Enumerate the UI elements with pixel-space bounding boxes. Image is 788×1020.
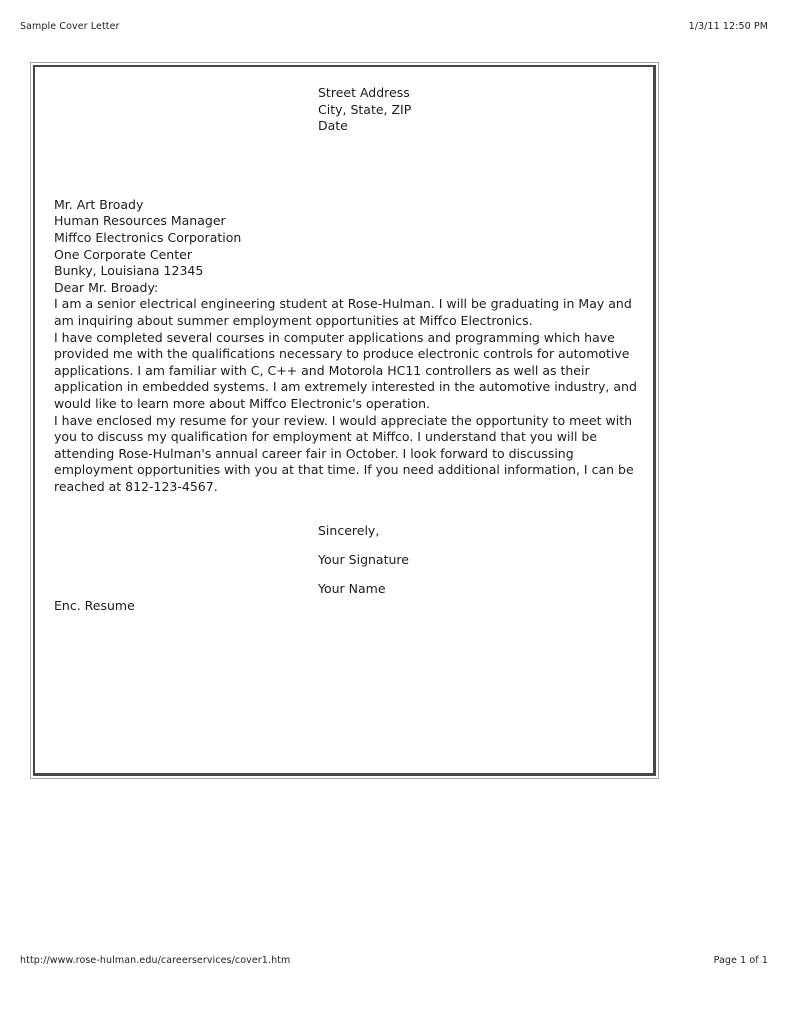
salutation: Dear Mr. Broady: [54,280,639,297]
print-header-title: Sample Cover Letter [20,21,120,32]
recipient-line: Mr. Art Broady [54,197,639,214]
print-footer-url: http://www.rose-hulman.edu/careerservice… [20,955,290,966]
body-paragraph: I have completed several courses in comp… [54,330,639,413]
recipient-block: Mr. Art Broady Human Resources Manager M… [54,197,639,280]
body-paragraph: I have enclosed my resume for your revie… [54,413,639,496]
letter-frame-inner: Street Address City, State, ZIP Date Mr.… [33,65,656,776]
sender-line: City, State, ZIP [318,102,639,119]
closing-block: Sincerely, Your Signature Your Name [318,523,639,598]
sender-block: Street Address City, State, ZIP Date [318,85,639,135]
enclosure-note: Enc. Resume [54,598,639,615]
print-footer-page-info: Page 1 of 1 [714,955,768,966]
print-header-datetime: 1/3/11 12:50 PM [689,21,768,32]
closing-line: Your Name [318,581,639,598]
letter-content: Street Address City, State, ZIP Date Mr.… [35,67,653,773]
sender-line: Date [318,118,639,135]
sender-line: Street Address [318,85,639,102]
closing-line: Your Signature [318,552,639,569]
recipient-line: Bunky, Louisiana 12345 [54,263,639,280]
printed-page: Sample Cover Letter 1/3/11 12:50 PM Stre… [0,0,788,1020]
letter-frame: Street Address City, State, ZIP Date Mr.… [30,62,659,779]
recipient-line: One Corporate Center [54,247,639,264]
recipient-line: Human Resources Manager [54,213,639,230]
print-footer: http://www.rose-hulman.edu/careerservice… [20,955,768,966]
print-header: Sample Cover Letter 1/3/11 12:50 PM [20,21,768,32]
closing-line: Sincerely, [318,523,639,540]
recipient-line: Miffco Electronics Corporation [54,230,639,247]
body-paragraph: I am a senior electrical engineering stu… [54,296,639,329]
